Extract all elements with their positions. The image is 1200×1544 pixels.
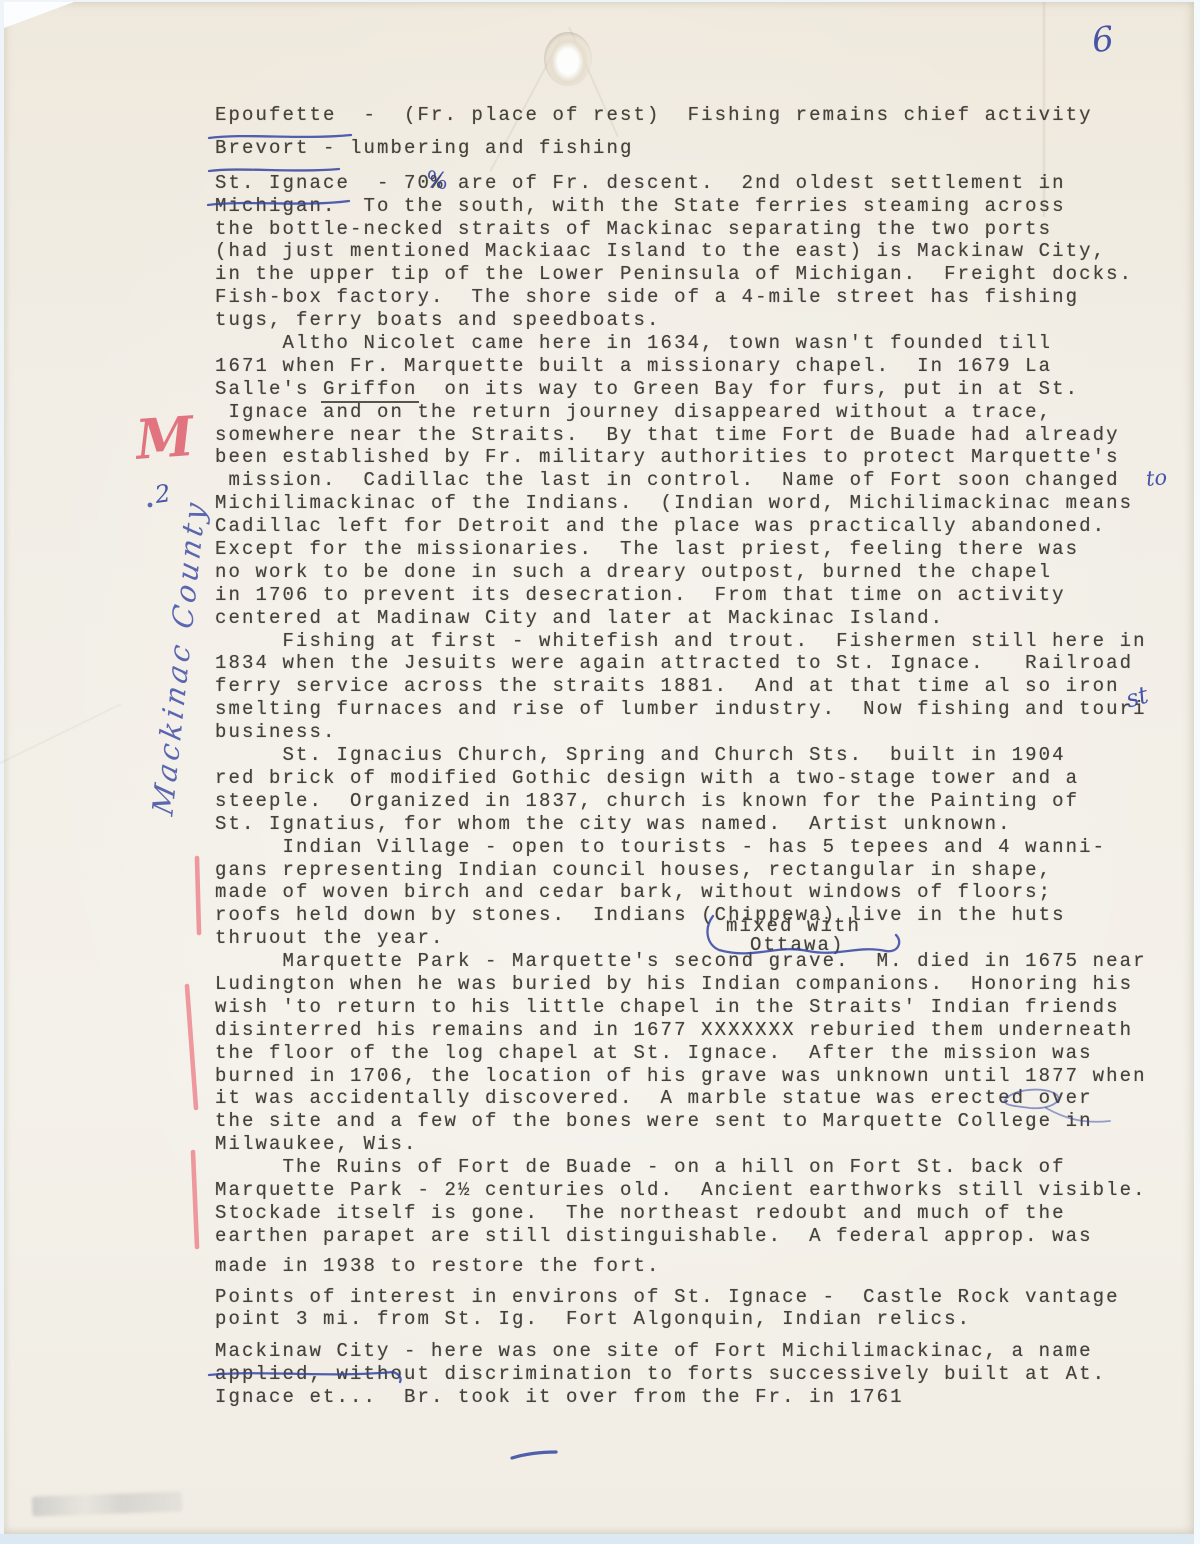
typed-line: Cadillac left for Detroit and the place …: [215, 515, 1175, 538]
typed-line: Michigan. To the south, with the State f…: [215, 195, 1175, 218]
typed-line: smelting furnaces and rise of lumber ind…: [215, 698, 1175, 721]
typed-line: no work to be done in such a dreary outp…: [215, 561, 1175, 584]
faint-stamp: [32, 1491, 183, 1516]
typed-line: Marquette Park - Marquette's second grav…: [215, 950, 1175, 973]
typed-line: Indian Village - open to tourists - has …: [215, 836, 1175, 859]
typed-line: it was accidentally discovered. A marble…: [215, 1087, 1175, 1110]
typed-line: Altho Nicolet came here in 1634, town wa…: [215, 332, 1175, 355]
handwritten-page-number: 6: [1090, 19, 1116, 61]
typed-line: Ludington when he was buried by his Indi…: [215, 973, 1175, 996]
typed-line: wish 'to return to his little chapel in …: [215, 996, 1175, 1019]
typed-line: red brick of modified Gothic design with…: [215, 767, 1175, 790]
typed-line: made in 1938 to restore the fort.: [215, 1255, 1175, 1278]
typed-line: (had just mentioned Mackiaac Island to t…: [215, 240, 1175, 263]
typed-line: St. Ignatius, for whom the city was name…: [215, 813, 1175, 836]
typed-line: St. Ignacius Church, Spring and Church S…: [215, 744, 1175, 767]
typed-line: Marquette Park - 2½ centuries old. Ancie…: [215, 1179, 1175, 1202]
typed-line: Ignace et... Br. took it over from the F…: [215, 1386, 1175, 1409]
typed-line: the site and a few of the bones were sen…: [215, 1110, 1175, 1133]
typed-line: Fish-box factory. The shore side of a 4-…: [215, 286, 1175, 309]
typed-line: 1671 when Fr. Marquette built a missiona…: [215, 355, 1175, 378]
typed-line: earthen parapet are still distinguishabl…: [215, 1225, 1175, 1248]
handwritten-percent-correction: %: [424, 167, 449, 195]
typed-line: mission. Cadillac the last in control. N…: [215, 469, 1175, 492]
typed-line: roofs held down by stones. Indians (Chip…: [215, 904, 1175, 927]
scan-edge: [0, 1534, 1200, 1544]
handwritten-red-letter-m: M: [134, 405, 196, 473]
typed-line: Except for the missionaries. The last pr…: [215, 538, 1175, 561]
typed-line: made of woven birch and cedar bark, with…: [215, 881, 1175, 904]
typed-line: in the upper tip of the Lower Peninsula …: [215, 263, 1175, 286]
typed-line: the bottle-necked straits of Mackinac se…: [215, 218, 1175, 241]
typed-line: Epoufette - (Fr. place of rest) Fishing …: [215, 104, 1175, 127]
handwritten-word-to: to: [1145, 465, 1168, 491]
interlinear-typed-insertion: Ottawa): [750, 934, 845, 956]
typed-line: Ignace and on the return journey disappe…: [215, 401, 1175, 424]
typed-line: centered at Madinaw City and later at Ma…: [215, 607, 1175, 630]
paper-crease: [0, 703, 122, 771]
typed-line: applied, without discrimination to forts…: [215, 1363, 1175, 1386]
typed-line: Brevort - lumbering and fishing: [215, 137, 1175, 160]
scan-edge: [1194, 0, 1200, 1544]
typed-line: business.: [215, 721, 1175, 744]
typed-line: in 1706 to prevent its desecration. From…: [215, 584, 1175, 607]
typed-line: Salle's Griffon on its way to Green Bay …: [215, 378, 1175, 401]
typed-line: thruout the year.: [215, 927, 1175, 950]
typed-line: Mackinaw City - here was one site of For…: [215, 1340, 1175, 1363]
typed-line: Milwaukee, Wis.: [215, 1133, 1175, 1156]
typed-line: Stockade itself is gone. The northeast r…: [215, 1202, 1175, 1225]
typed-text-block: Epoufette - (Fr. place of rest) Fishing …: [215, 104, 1175, 1409]
typed-line: Fishing at first - whitefish and trout. …: [215, 630, 1175, 653]
page-corner-notch: [4, 2, 74, 28]
typed-line: been established by Fr. military authori…: [215, 446, 1175, 469]
typed-line: burned in 1706, the location of his grav…: [215, 1065, 1175, 1088]
typed-line: gans representing Indian council houses,…: [215, 859, 1175, 882]
typed-line: point 3 mi. from St. Ig. Fort Algonquin,…: [215, 1308, 1175, 1331]
typed-line: steeple. Organized in 1837, church is kn…: [215, 790, 1175, 813]
typed-line: ferry service across the straits 1881. A…: [215, 675, 1175, 698]
typed-line: disinterred his remains and in 1677 XXXX…: [215, 1019, 1175, 1042]
typed-line: 1834 when the Jesuits were again attract…: [215, 652, 1175, 675]
staple-hole: [544, 32, 592, 86]
typed-line: Points of interest in environs of St. Ig…: [215, 1286, 1175, 1309]
typed-line: somewhere near the Straits. By that time…: [215, 424, 1175, 447]
typed-line: The Ruins of Fort de Buade - on a hill o…: [215, 1156, 1175, 1179]
typed-line: St. Ignace - 70% are of Fr. descent. 2nd…: [215, 172, 1175, 195]
typed-line: the floor of the log chapel at St. Ignac…: [215, 1042, 1175, 1065]
typed-line: tugs, ferry boats and speedboats.: [215, 309, 1175, 332]
typed-line: Michilimackinac of the Indians. (Indian …: [215, 492, 1175, 515]
